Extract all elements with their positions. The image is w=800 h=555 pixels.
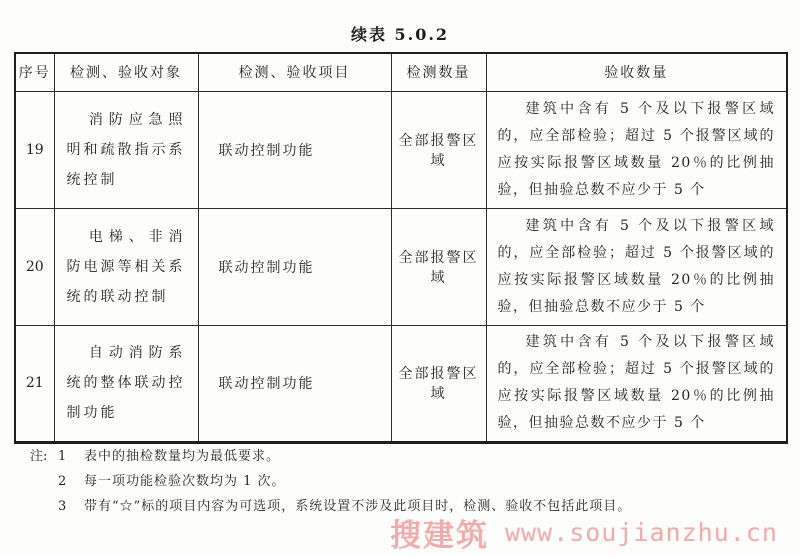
cell-inspection-object: 电梯、非消防电源等相关系统的联动控制 <box>54 208 198 325</box>
cell-inspection-quantity: 全部报警区域 <box>391 325 486 442</box>
table-header-row: 序号 检测、验收对象 检测、验收项目 检测数量 验收数量 <box>15 53 787 91</box>
cell-acceptance-quantity: 建筑中含有 5 个及以下报警区域的，应全部检验；超过 5 个报警区域的应按实际报… <box>486 208 787 325</box>
header-serial-number: 序号 <box>15 53 54 91</box>
cell-serial-number: 19 <box>15 91 54 208</box>
footnote-line: 2 每一项功能检验次数均为 1 次。 <box>30 474 770 490</box>
footnote-line: 注: 1 表中的抽检数量均为最低要求。 <box>30 449 770 465</box>
inspection-acceptance-table: 序号 检测、验收对象 检测、验收项目 检测数量 验收数量 19 消防应急照明和疏… <box>14 52 788 444</box>
table-row: 21 自动消防系统的整体联动控制功能 联动控制功能 全部报警区域 建筑中含有 5… <box>15 325 787 442</box>
header-inspection-quantity: 检测数量 <box>391 53 486 91</box>
cell-serial-number: 20 <box>15 208 54 325</box>
inspection-object-text: 自动消防系统的整体联动控制功能 <box>67 338 186 428</box>
cell-inspection-item: 联动控制功能 <box>198 91 391 208</box>
watermark: 搜建筑 www.soujianzhu.cn <box>390 510 778 555</box>
cell-inspection-item: 联动控制功能 <box>198 208 391 325</box>
footnote-label: 注: <box>30 449 58 465</box>
header-acceptance-quantity: 验收数量 <box>486 53 787 91</box>
footnote-label <box>30 499 58 515</box>
footnote-text: 表中的抽检数量均为最低要求。 <box>84 449 280 465</box>
header-inspection-item: 检测、验收项目 <box>198 53 391 91</box>
acceptance-quantity-text: 建筑中含有 5 个及以下报警区域的，应全部检验；超过 5 个报警区域的应按实际报… <box>498 329 776 437</box>
header-inspection-object: 检测、验收对象 <box>54 53 198 91</box>
cell-inspection-object: 消防应急照明和疏散指示系统控制 <box>54 91 198 208</box>
footnote-text: 每一项功能检验次数均为 1 次。 <box>84 474 286 490</box>
footnote-number: 3 <box>58 499 84 515</box>
watermark-url: www.soujianzhu.cn <box>505 518 778 547</box>
scanned-document-page: { "page": { "title": "续表 5.0.2" }, "tabl… <box>0 0 800 555</box>
cell-inspection-object: 自动消防系统的整体联动控制功能 <box>54 325 198 442</box>
table-row: 20 电梯、非消防电源等相关系统的联动控制 联动控制功能 全部报警区域 建筑中含… <box>15 208 787 325</box>
table-row: 19 消防应急照明和疏散指示系统控制 联动控制功能 全部报警区域 建筑中含有 5… <box>15 91 787 208</box>
cell-inspection-item: 联动控制功能 <box>198 325 391 442</box>
page-title: 续表 5.0.2 <box>0 22 800 45</box>
acceptance-quantity-text: 建筑中含有 5 个及以下报警区域的，应全部检验；超过 5 个报警区域的应按实际报… <box>498 213 776 321</box>
cell-inspection-quantity: 全部报警区域 <box>391 91 486 208</box>
acceptance-quantity-text: 建筑中含有 5 个及以下报警区域的，应全部检验；超过 5 个报警区域的应按实际报… <box>498 96 776 204</box>
inspection-object-text: 消防应急照明和疏散指示系统控制 <box>67 105 186 195</box>
cell-serial-number: 21 <box>15 325 54 442</box>
footnote-number: 2 <box>58 474 84 490</box>
watermark-brand: 搜建筑 <box>390 510 489 555</box>
cell-acceptance-quantity: 建筑中含有 5 个及以下报警区域的，应全部检验；超过 5 个报警区域的应按实际报… <box>486 325 787 442</box>
footnote-number: 1 <box>58 449 84 465</box>
cell-acceptance-quantity: 建筑中含有 5 个及以下报警区域的，应全部检验；超过 5 个报警区域的应按实际报… <box>486 91 787 208</box>
footnote-label <box>30 474 58 490</box>
cell-inspection-quantity: 全部报警区域 <box>391 208 486 325</box>
inspection-object-text: 电梯、非消防电源等相关系统的联动控制 <box>67 222 186 312</box>
